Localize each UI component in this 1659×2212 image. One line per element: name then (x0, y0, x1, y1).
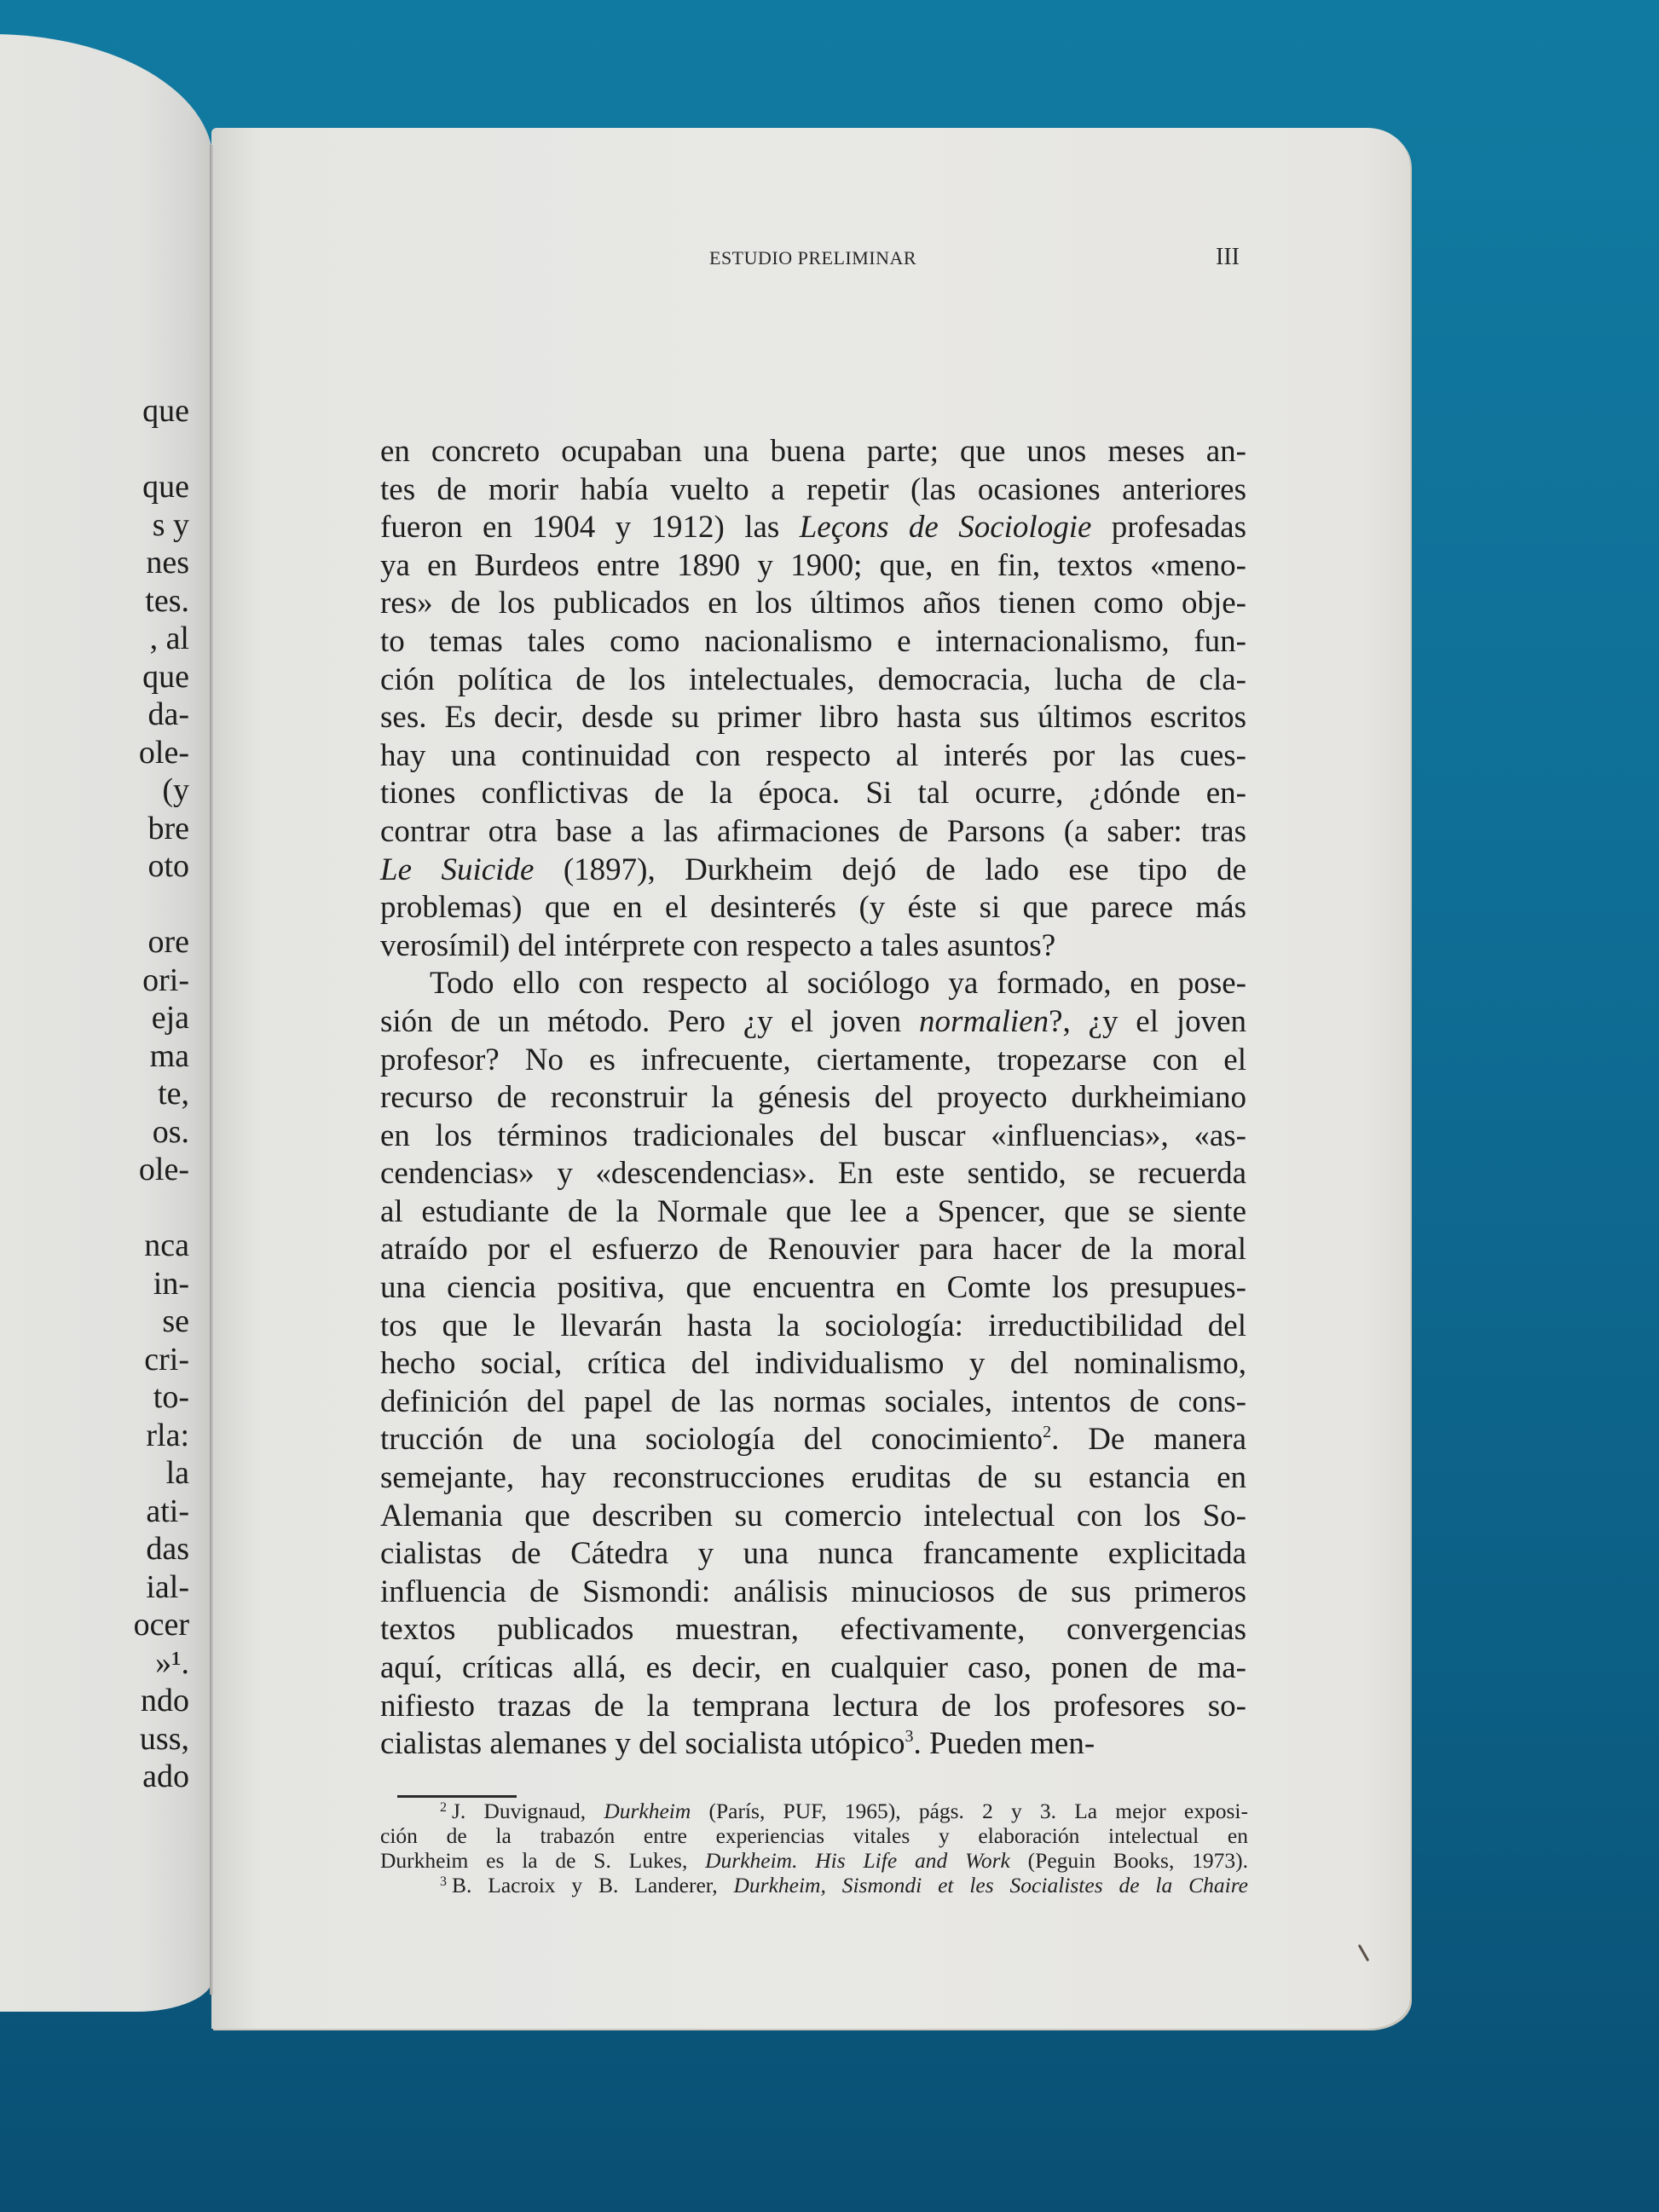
line-text: cendencias» y «descendencias». En este s… (380, 1156, 1246, 1191)
text-line: res» de los publicados en los últimos añ… (380, 585, 1246, 623)
text-line: tiones conflictivas de la época. Si tal … (380, 775, 1246, 813)
left-line (19, 1189, 189, 1227)
line-text: aquí, críticas allá, es decir, en cualqu… (380, 1650, 1246, 1685)
text-line: atraído por el esfuerzo de Renouvier par… (380, 1231, 1246, 1269)
text-line: en los términos tradicionales del buscar… (380, 1118, 1246, 1156)
text-line: fueron en 1904 y 1912) las Leçons de Soc… (380, 509, 1246, 547)
line-text: Todo ello con respecto al sociólogo ya f… (430, 966, 1246, 1001)
left-line: ore (19, 923, 189, 962)
line-text: verosímil) del intérprete con respecto a… (380, 928, 1055, 963)
line-text: cialistas alemanes y del socialista utóp… (380, 1726, 905, 1761)
line-text: contrar otra base a las afirmaciones de … (380, 814, 1246, 849)
page-number: III (1216, 244, 1240, 271)
left-line: que (19, 658, 189, 696)
text-line: ya en Burdeos entre 1890 y 1900; que, en… (380, 547, 1246, 586)
text-line: tos que le llevarán hasta la sociología:… (380, 1308, 1246, 1346)
text-line: Todo ello con respecto al sociólogo ya f… (380, 965, 1246, 1003)
footnote-text: B. Lacroix y B. Landerer, (452, 1873, 734, 1897)
footnote-number: 3 (440, 1874, 447, 1889)
line-text: definición del papel de las normas socia… (380, 1384, 1246, 1419)
italic-title: Leçons de Sociologie (800, 510, 1092, 545)
italic-title: Durkheim, Sismondi et les Socialistes de… (734, 1873, 1249, 1897)
line-text: hecho social, crítica del individualismo… (380, 1346, 1246, 1381)
text-line: hecho social, crítica del individualismo… (380, 1345, 1246, 1383)
footnote-ref: 2 (1043, 1423, 1051, 1441)
text-line: aquí, críticas allá, es decir, en cualqu… (380, 1649, 1246, 1688)
left-line: s y (19, 506, 189, 545)
line-text: hay una continuidad con respecto al inte… (380, 738, 1246, 773)
line-text: en concreto ocupaban una buena parte; qu… (380, 434, 1246, 469)
line-text: ses. Es decir, desde su primer libro has… (380, 700, 1246, 735)
text-line: ses. Es decir, desde su primer libro has… (380, 699, 1246, 737)
left-line: , al (19, 620, 189, 658)
running-title: ESTUDIO PRELIMINAR (709, 247, 916, 269)
left-line: bre (19, 810, 189, 848)
line-text: ción política de los intelectuales, demo… (380, 662, 1246, 697)
left-line: te, (19, 1075, 189, 1113)
line-text: textos publicados muestran, efectivament… (380, 1612, 1246, 1647)
left-line: ndo (19, 1682, 189, 1720)
left-page: que que s y nes tes. , al que da- ole- (… (0, 34, 213, 2012)
footnote-text: (París, PUF, 1965), págs. 2 y 3. La mejo… (691, 1799, 1248, 1823)
line-text: tos que le llevarán hasta la sociología:… (380, 1308, 1246, 1343)
italic-title: Le Suicide (380, 852, 534, 887)
left-line: ado (19, 1758, 189, 1796)
footnote-text: ción de la trabazón entre experiencias v… (380, 1823, 1248, 1848)
line-text: sión de un método. Pero ¿y el joven (380, 1004, 919, 1039)
left-line (19, 430, 189, 469)
left-page-text: que que s y nes tes. , al que da- ole- (… (19, 392, 189, 1796)
line-text: res» de los publicados en los últimos añ… (380, 586, 1246, 621)
text-line: profesor? No es infrecuente, ciertamente… (380, 1042, 1246, 1080)
left-line: in- (19, 1265, 189, 1303)
left-line: ole- (19, 1151, 189, 1189)
line-text: recurso de reconstruir la génesis del pr… (380, 1080, 1246, 1115)
italic-title: Durkheim. His Life and Work (705, 1848, 1010, 1873)
left-line: que (19, 468, 189, 506)
text-line: to temas tales como nacionalismo e inter… (380, 623, 1246, 661)
line-text: semejante, hay reconstrucciones eruditas… (380, 1460, 1246, 1495)
footnote-number: 2 (440, 1800, 447, 1815)
line-text: atraído por el esfuerzo de Renouvier par… (380, 1232, 1246, 1267)
left-line: ocer (19, 1606, 189, 1644)
line-text: tes de morir había vuelto a repetir (las… (380, 472, 1246, 507)
left-line: ma (19, 1037, 189, 1076)
text-line: textos publicados muestran, efectivament… (380, 1611, 1246, 1649)
line-text: Alemania que describen su comercio intel… (380, 1499, 1246, 1533)
left-line: nca (19, 1227, 189, 1265)
left-line: das (19, 1530, 189, 1568)
footnote-line: 2J. Duvignaud, Durkheim (París, PUF, 196… (380, 1799, 1248, 1823)
left-line: ole- (19, 734, 189, 772)
text-line: semejante, hay reconstrucciones eruditas… (380, 1459, 1246, 1498)
line-text: trucción de una sociología del conocimie… (380, 1422, 1043, 1457)
text-line: Alemania que describen su comercio intel… (380, 1498, 1246, 1536)
left-line: nes (19, 544, 189, 582)
line-text: una ciencia positiva, que encuentra en C… (380, 1270, 1246, 1305)
text-line: cendencias» y «descendencias». En este s… (380, 1155, 1246, 1193)
line-text: to temas tales como nacionalismo e inter… (380, 624, 1246, 659)
footnote-text: (Peguin Books, 1973). (1010, 1848, 1248, 1873)
footnote-text: J. Duvignaud, (452, 1799, 604, 1823)
text-line: cialistas de Cátedra y una nunca francam… (380, 1535, 1246, 1574)
line-text: profesor? No es infrecuente, ciertamente… (380, 1042, 1246, 1077)
left-line: la (19, 1454, 189, 1493)
text-line: verosímil) del intérprete con respecto a… (380, 927, 1246, 966)
line-text: en los términos tradicionales del buscar… (380, 1118, 1246, 1153)
left-line (19, 886, 189, 924)
left-line: ori- (19, 962, 189, 1000)
left-line: oto (19, 847, 189, 886)
left-line: da- (19, 696, 189, 734)
line-text: profesadas (1091, 510, 1246, 545)
left-line: eja (19, 999, 189, 1037)
left-line: uss, (19, 1720, 189, 1759)
text-line: definición del papel de las normas socia… (380, 1383, 1246, 1422)
text-line: Le Suicide (1897), Durkheim dejó de lado… (380, 852, 1246, 890)
line-text: (1897), Durkheim dejó de lado ese tipo d… (534, 852, 1246, 887)
text-line: nifiesto trazas de la temprana lectura d… (380, 1688, 1246, 1726)
footnote-line: ción de la trabazón entre experiencias v… (380, 1823, 1248, 1848)
text-line: influencia de Sismondi: análisis minucio… (380, 1574, 1246, 1612)
text-line: tes de morir había vuelto a repetir (las… (380, 471, 1246, 510)
left-line: os. (19, 1113, 189, 1152)
text-line: una ciencia positiva, que encuentra en C… (380, 1269, 1246, 1308)
left-line: to- (19, 1378, 189, 1417)
book-gutter (210, 145, 213, 1995)
footnotes: 2J. Duvignaud, Durkheim (París, PUF, 196… (380, 1799, 1248, 1897)
text-line: trucción de una sociología del conocimie… (380, 1421, 1246, 1459)
line-text: cialistas de Cátedra y una nunca francam… (380, 1536, 1246, 1571)
line-text: . De manera (1051, 1422, 1246, 1457)
text-line: cialistas alemanes y del socialista utóp… (380, 1725, 1246, 1764)
left-line: que (19, 392, 189, 430)
text-line: hay una continuidad con respecto al inte… (380, 737, 1246, 776)
footnote-rule (397, 1795, 517, 1798)
text-line: sión de un método. Pero ¿y el joven norm… (380, 1003, 1246, 1042)
text-line: ción política de los intelectuales, demo… (380, 661, 1246, 700)
footnote-text: Durkheim es la de S. Lukes, (380, 1848, 705, 1873)
line-text: ?, ¿y el joven (1049, 1004, 1246, 1039)
text-line: recurso de reconstruir la génesis del pr… (380, 1079, 1246, 1118)
text-line: en concreto ocupaban una buena parte; qu… (380, 433, 1246, 471)
line-text: fueron en 1904 y 1912) las (380, 510, 800, 545)
left-line: ati- (19, 1493, 189, 1531)
left-line: ial- (19, 1568, 189, 1607)
italic-title: Durkheim (604, 1799, 691, 1823)
line-text: nifiesto trazas de la temprana lectura d… (380, 1689, 1246, 1724)
left-line: cri- (19, 1341, 189, 1379)
left-line: se (19, 1302, 189, 1341)
line-text: ya en Burdeos entre 1890 y 1900; que, en… (380, 548, 1246, 583)
line-text: influencia de Sismondi: análisis minucio… (380, 1574, 1246, 1609)
footnote-line: Durkheim es la de S. Lukes, Durkheim. Hi… (380, 1848, 1248, 1873)
line-text: tiones conflictivas de la época. Si tal … (380, 776, 1246, 811)
left-line: (y (19, 771, 189, 810)
text-line: al estudiante de la Normale que lee a Sp… (380, 1193, 1246, 1232)
text-line: problemas) que en el desinterés (y éste … (380, 889, 1246, 927)
footnote-ref: 3 (905, 1727, 913, 1746)
text-line: contrar otra base a las afirmaciones de … (380, 813, 1246, 852)
running-head: ESTUDIO PRELIMINAR III (0, 247, 1659, 281)
line-text: . Pueden men- (913, 1726, 1095, 1761)
left-line: rla: (19, 1417, 189, 1455)
left-line: »¹. (19, 1644, 189, 1683)
line-text: al estudiante de la Normale que lee a Sp… (380, 1194, 1246, 1229)
left-line: tes. (19, 582, 189, 621)
line-text: problemas) que en el desinterés (y éste … (380, 890, 1246, 925)
italic-title: normalien (919, 1004, 1049, 1039)
footnote-line: 3B. Lacroix y B. Landerer, Durkheim, Sis… (380, 1873, 1248, 1897)
body-text: en concreto ocupaban una buena parte; qu… (380, 433, 1246, 1764)
